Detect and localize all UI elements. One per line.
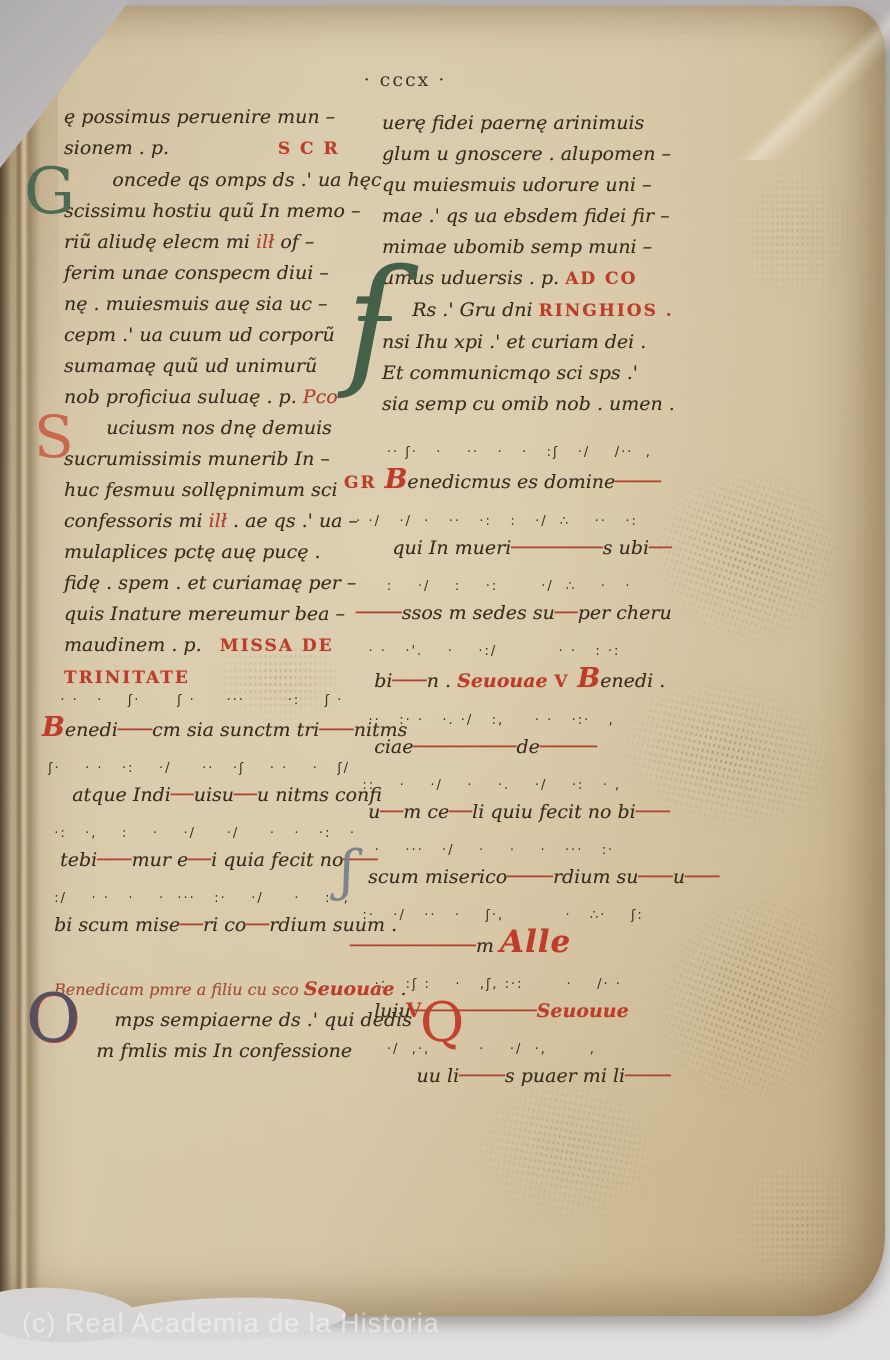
text-segment: u [344, 801, 380, 823]
chant-lyrics: tebi───mur e──i quia fecit no─── [42, 845, 376, 876]
text-segment: umus uduersis . p. [382, 267, 565, 289]
text-segment: bi scum mise [42, 914, 180, 936]
left-column-prose: ę possimus peruenire mun –sionem . p. S … [64, 102, 378, 694]
manuscript-text-line: riũ aliudę elecm mi ilł of – [64, 227, 378, 258]
chant-line: : ·/ : ·: ·/ ∴ · · ────ssos m sedes su──… [344, 576, 696, 629]
text-segment: ę possimus peruenire mun – [64, 106, 335, 128]
manuscript-text-line: uerę fidei paernę arinimuis [382, 108, 706, 139]
folio-number: · cccx · [330, 68, 480, 92]
text-segment: Alle [500, 924, 571, 960]
chant-line: ·: :ʃ : · ,ʃ, :·: · /· · luiu───────────… [344, 974, 696, 1027]
neumes-row: ·/ ,·, · ·/ ·, , [344, 1039, 696, 1061]
initial-Q-quia: Q [420, 996, 464, 1050]
neumes-row: ʃ· · · ·: ·/ ·· ·ʃ · · · ʃ/ [42, 758, 376, 780]
manuscript-text-line: nsi Ihu xpi .' et curiam dei . [382, 327, 706, 358]
text-segment: qu muiesmuis udorure uni – [382, 174, 652, 196]
text-segment: m [476, 935, 500, 957]
text-segment: luiu [344, 1000, 411, 1022]
text-segment: n . [427, 670, 457, 692]
text-segment: AD CO [565, 269, 637, 289]
text-segment: per cheru [578, 602, 672, 624]
text-segment: uciusm nos dnę demuis [64, 417, 332, 439]
neumes-row: ·: ·, : · ·/ ·/ · · ·: · [42, 823, 376, 845]
text-segment: ──────── [511, 537, 603, 559]
neumes-row: ·· :· · ·. ·/ :, · · ·:· , [344, 710, 696, 732]
chant-lyrics: ciae─────────de───── [344, 732, 696, 763]
chant-line: · ··· ·/ · · · ··· :· scum miserico────r… [344, 840, 696, 893]
text-segment: ssos m sedes su [402, 602, 555, 624]
text-segment [344, 602, 356, 624]
text-segment: mulaplices pctę auę pucę . [64, 541, 321, 563]
chant-line: :· ·/ ·· · ʃ·, · ∴· ʃ: ───────────m Alle [344, 905, 696, 962]
chant-line: ·· ʃ· · ·· · · :ʃ ·/ /·· ,GR Benedicmus … [344, 442, 696, 499]
neumes-row: : ·/ : ·: ·/ ∴ · · [344, 576, 696, 598]
text-segment: GR [344, 473, 385, 493]
neumes-row: · ·/ ·/ · ·· ·: : ·/ ∴ ·· ·: [344, 511, 696, 533]
text-segment: maudinem . p. [64, 634, 220, 656]
manuscript-text-line: maudinem . p. MISSA DE [64, 630, 378, 662]
manuscript-text-line: ferim unae conspecm diui – [64, 258, 378, 289]
pen-flourish: ʃ [340, 844, 355, 898]
text-segment: scissimu hostiu quũ In memo – [64, 200, 360, 222]
chant-line: :: · ·/ · ·. ·/ ·: · , u──m ce──li quiu … [344, 775, 696, 828]
text-segment: ── [180, 914, 203, 936]
text-segment: sia semp cu omib nob . umen . [382, 393, 675, 415]
text-segment: ─── [639, 866, 673, 888]
stain [695, 1110, 890, 1340]
manuscript-text-line: qu muiesmuis udorure uni – [382, 170, 706, 201]
text-segment [169, 137, 278, 159]
text-segment: li quiu fecit no bi [472, 801, 636, 823]
text-segment: . ae qs .' ua – [227, 510, 358, 532]
chant-lyrics: ───────────m Alle [344, 927, 696, 962]
right-column-chant: ·· ʃ· · ·· · · :ʃ ·/ /·· ,GR Benedicmus … [344, 442, 696, 1104]
text-segment: ─── [392, 670, 426, 692]
manuscript-text-line: glum u gnoscere . alupomen – [382, 139, 706, 170]
text-segment: Pco [303, 386, 338, 408]
text-segment: ilł [256, 231, 274, 253]
text-segment: ── [555, 602, 578, 624]
text-segment: B [577, 663, 600, 694]
text-segment: ──── [507, 866, 553, 888]
text-segment: de [516, 736, 539, 758]
text-segment: ──── [615, 471, 661, 493]
chant-lyrics: GR Benedicmus es domine──── [344, 464, 696, 499]
neumes-row: ·: :ʃ : · ,ʃ, :·: · /· · [344, 974, 696, 996]
chant-line: ·/ ,·, · ·/ ·, , uu li────s puaer mi li─… [344, 1039, 696, 1092]
chant-line: ʃ· · · ·: ·/ ·· ·ʃ · · · ʃ/ atque Indi──… [42, 758, 376, 811]
text-segment: ─── [685, 866, 719, 888]
text-segment: Seuouue [537, 1000, 629, 1022]
text-segment: uisu [194, 784, 234, 806]
manuscript-text-line: quis Inature mereumur bea – [64, 599, 378, 630]
text-segment: mur e [132, 849, 189, 871]
chant-lyrics: uu li────s puaer mi li──── [344, 1061, 696, 1092]
text-segment: S C R [278, 139, 340, 159]
text-segment: sionem . p. [64, 137, 169, 159]
text-segment: ──── [459, 1065, 505, 1087]
left-column-chant: · · · ʃ· ʃ · ··· ·: ʃ ·Benedi───cm sia s… [42, 690, 376, 953]
neumes-row: ·· ʃ· · ·· · · :ʃ ·/ /·· , [344, 442, 696, 464]
text-segment: ── [380, 801, 403, 823]
text-segment: ──── [356, 602, 402, 624]
initial-F-fratres: ſ [346, 252, 398, 392]
neumes-row: · · ·'. · ·:/ · · : ·: [344, 641, 696, 663]
text-segment: ilł [209, 510, 227, 532]
manuscript-text-line: sucrumissimis munerib In – [64, 444, 378, 475]
text-segment: B [42, 712, 65, 743]
chant-lyrics: atque Indi──uisu──u nitms confi [42, 780, 376, 811]
text-segment: Seuouae [457, 670, 554, 692]
text-segment: ─── [97, 849, 131, 871]
manuscript-text-line: mimae ubomib semp muni – [382, 232, 706, 263]
manuscript-text-line: confessoris mi ilł . ae qs .' ua – [64, 506, 378, 537]
text-segment: ── [234, 784, 257, 806]
text-segment: sucrumissimis munerib In – [64, 448, 330, 470]
text-segment: rdium su [553, 866, 639, 888]
text-segment: uerę fidei paernę arinimuis [382, 112, 644, 134]
text-segment: nob proficiua suluaę . p. [64, 386, 303, 408]
chant-lyrics: u──m ce──li quiu fecit no bi─── [344, 797, 696, 828]
text-segment: V [554, 672, 577, 692]
manuscript-photo: · cccx · ę possimus peruenire mun –sione… [0, 0, 890, 1360]
text-segment: s ubi [603, 537, 649, 559]
text-segment: oncede qs omps ds .' ua hęc [64, 169, 382, 191]
initial-O-omnipotens: O [26, 986, 80, 1052]
manuscript-text-line: sionem . p. S C R [64, 133, 378, 165]
text-segment: s puaer mi li [505, 1065, 625, 1087]
manuscript-text-line: sumamaę quũ ud unimurũ [64, 351, 378, 382]
text-segment: ──── [625, 1065, 671, 1087]
chant-line: · ·/ ·/ · ·· ·: : ·/ ∴ ·· ·: qui In muer… [344, 511, 696, 564]
text-segment: mae .' qs ua ebsdem fidei fir – [382, 205, 670, 227]
text-segment: Benedicam pmre a filiu cu sco [54, 980, 304, 999]
text-segment: ── [649, 537, 672, 559]
chant-line: · · ·'. · ·:/ · · : ·: bi───n . Seuouae … [344, 641, 696, 698]
manuscript-text-line: ę possimus peruenire mun – [64, 102, 378, 133]
manuscript-text-line: scissimu hostiu quũ In memo – [64, 196, 378, 227]
manuscript-text-line: nob proficiua suluaę . p. Pco [64, 382, 378, 413]
manuscript-text-line: nę . muiesmuis auę sia uc – [64, 289, 378, 320]
chant-line: · · · ʃ· ʃ · ··· ·: ʃ ·Benedi───cm sia s… [42, 690, 376, 746]
text-segment: bi [344, 670, 392, 692]
text-segment: atque Indi [42, 784, 171, 806]
manuscript-text-line: cepm .' ua cuum ud corporũ [64, 320, 378, 351]
text-segment: quis Inature mereumur bea – [64, 603, 345, 625]
text-segment: of – [274, 231, 314, 253]
text-segment: MISSA DE [220, 636, 334, 656]
text-segment: Et communicmqo sci sps .' [382, 362, 638, 384]
chant-lyrics: luiu───────────Seuouue [344, 996, 696, 1027]
text-segment: ─── [118, 719, 152, 741]
manuscript-text-line: Rs .' Gru dni RINGHIOS . [382, 295, 706, 327]
right-column-prose: uerę fidei paernę arinimuisglum u gnosce… [382, 108, 706, 420]
text-segment: glum u gnoscere . alupomen – [382, 143, 671, 165]
neumes-row: :/ · · · · ··· :· ·/ · : , [42, 888, 376, 910]
text-segment: ───── [540, 736, 597, 758]
neumes-row: · ··· ·/ · · · ··· :· [344, 840, 696, 862]
manuscript-text-line: huc fesmuu sollępnimum sci [64, 475, 378, 506]
text-segment: m fmlis mis In confessione [54, 1040, 352, 1062]
manuscript-text-line: mae .' qs ua ebsdem fidei fir – [382, 201, 706, 232]
text-segment: ciae [344, 736, 414, 758]
text-segment: i quia fecit no [211, 849, 343, 871]
text-segment: confessoris mi [64, 510, 209, 532]
initial-S-sacra: S [34, 408, 74, 466]
text-segment: RINGHIOS . [539, 301, 674, 321]
text-segment: sumamaę quũ ud unimurũ [64, 355, 317, 377]
chant-lyrics: scum miserico────rdium su───u─── [344, 862, 696, 893]
chant-line: ·: ·, : · ·/ ·/ · · ·: · tebi───mur e──i… [42, 823, 376, 876]
text-segment: ───────── [414, 736, 517, 758]
text-segment: riũ aliudę elecm mi [64, 231, 256, 253]
manuscript-text-line: fidę . spem . et curiamaę per – [64, 568, 378, 599]
text-segment: ── [449, 801, 472, 823]
chant-lyrics: bi───n . Seuouae V Benedi . [344, 663, 696, 698]
text-segment: enedi . [600, 670, 665, 692]
text-segment: TRINITATE [64, 668, 190, 688]
manuscript-text-line: uciusm nos dnę demuis [64, 413, 378, 444]
initial-G-concede: G [24, 160, 75, 224]
text-segment: ─────────── [350, 935, 476, 957]
text-segment: u [673, 866, 685, 888]
text-segment: nsi Ihu xpi .' et curiam dei . [382, 331, 646, 353]
manuscript-text-line: Et communicmqo sci sps .' [382, 358, 706, 389]
text-segment: mimae ubomib semp muni – [382, 236, 652, 258]
chant-lyrics: qui In mueri────────s ubi── [344, 533, 696, 564]
neumes-row: · · · ʃ· ʃ · ··· ·: ʃ · [42, 690, 376, 712]
text-segment: ferim unae conspecm diui – [64, 262, 329, 284]
text-segment: ri co [203, 914, 246, 936]
text-segment: qui In mueri [344, 537, 511, 559]
text-segment: ── [246, 914, 269, 936]
text-segment: enedi [65, 719, 118, 741]
text-segment: enedicmus es domine [407, 471, 615, 493]
text-segment: ── [188, 849, 211, 871]
chant-line: :/ · · · · ··· :· ·/ · : , bi scum mise─… [42, 888, 376, 941]
stain [690, 115, 890, 350]
manuscript-text-line: mulaplices pctę auę pucę . [64, 537, 378, 568]
text-segment: tebi [42, 849, 97, 871]
manuscript-text-line: sia semp cu omib nob . umen . [382, 389, 706, 420]
text-segment: huc fesmuu sollępnimum sci [64, 479, 338, 501]
text-segment: B [385, 464, 408, 495]
chant-lyrics: bi scum mise──ri co──rdium suum . [42, 910, 376, 941]
manuscript-text-line: umus uduersis . p. AD CO [382, 263, 706, 295]
text-segment: m ce [403, 801, 449, 823]
text-segment: Rs .' Gru dni [382, 299, 539, 321]
text-segment: cepm .' ua cuum ud corporũ [64, 324, 335, 346]
text-segment: cm sia sunctm tri [152, 719, 319, 741]
text-segment: fidę . spem . et curiamaę per – [64, 572, 356, 594]
watermark: (c) Real Academia de la Historia [22, 1308, 440, 1339]
neumes-row: :: · ·/ · ·. ·/ ·: · , [344, 775, 696, 797]
text-segment: scum miserico [344, 866, 507, 888]
chant-lyrics: ────ssos m sedes su──per cheru [344, 598, 696, 629]
text-segment: ─── [636, 801, 670, 823]
chant-line: ·· :· · ·. ·/ :, · · ·:· , ciae─────────… [344, 710, 696, 763]
manuscript-text-line: oncede qs omps ds .' ua hęc [64, 165, 378, 196]
text-segment: nę . muiesmuis auę sia uc – [64, 293, 328, 315]
text-segment: ── [171, 784, 194, 806]
chant-lyrics: Benedi───cm sia sunctm tri───nitms [42, 712, 376, 746]
text-segment: uu li [344, 1065, 459, 1087]
